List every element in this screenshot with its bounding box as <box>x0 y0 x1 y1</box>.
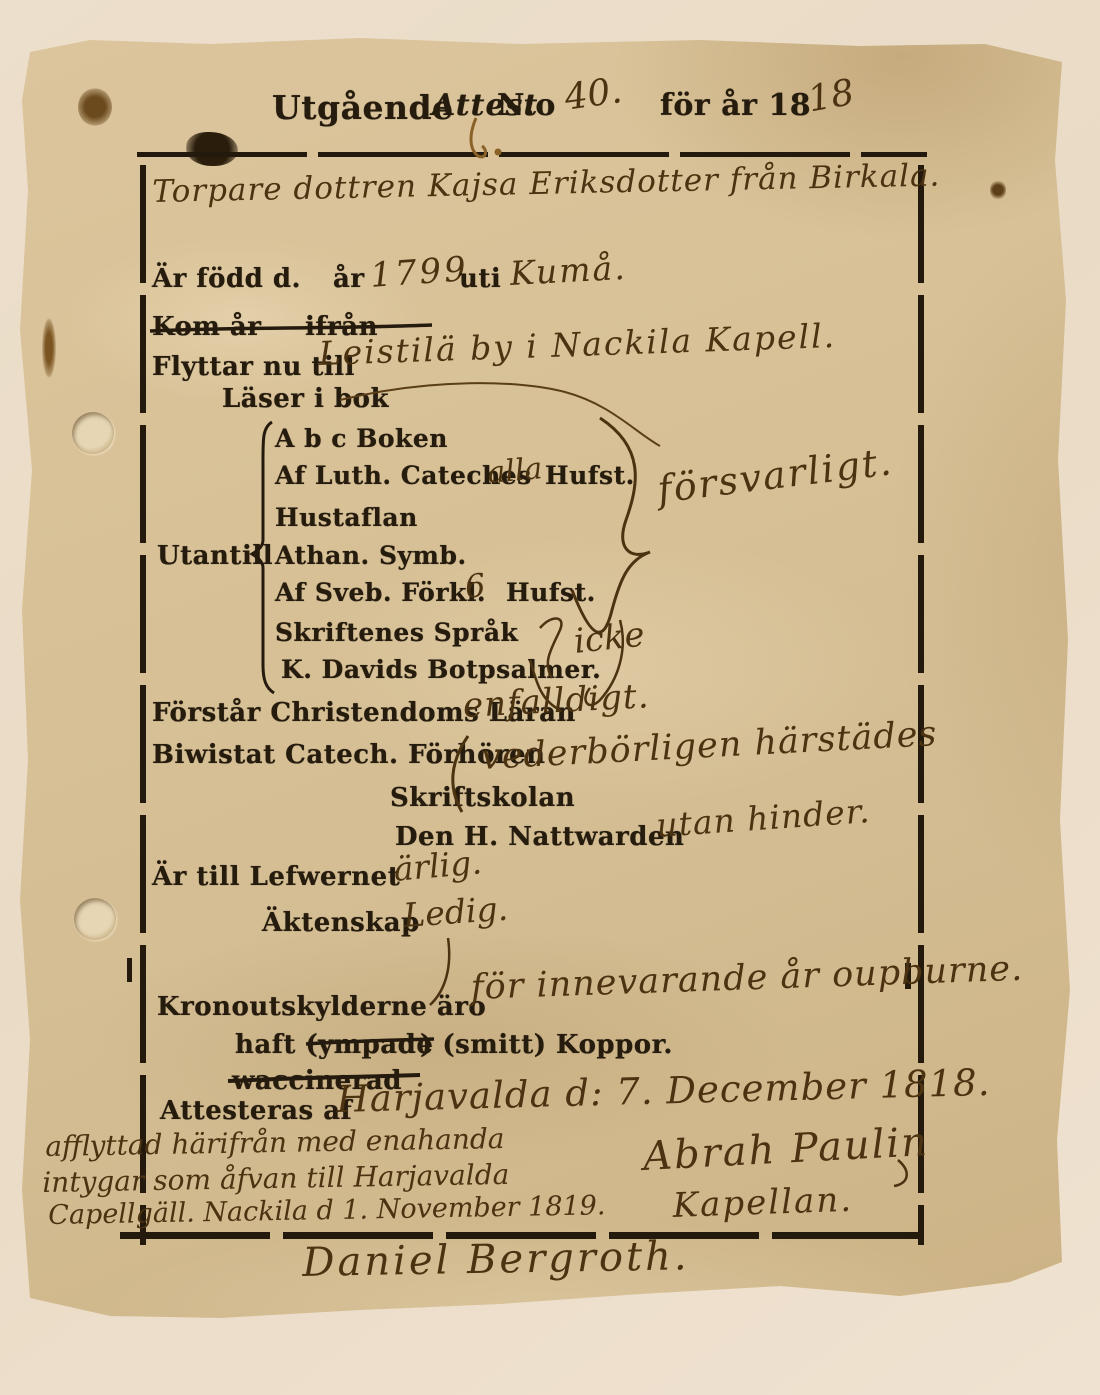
conduct-value-handwritten: ärlig. <box>392 842 483 889</box>
conduct-value2-handwritten: Ledig. <box>402 889 509 935</box>
utantill-item-athan: Athan. Symb. <box>275 541 467 570</box>
pastor-signature: Daniel Bergroth. <box>302 1233 690 1286</box>
utantill-hufst2-label: Hufst. <box>506 578 596 607</box>
born-place-handwritten: Kumå. <box>509 248 628 293</box>
ink-blot <box>186 132 238 166</box>
left-border-rule <box>140 165 146 1245</box>
title-year-handwritten: 18 <box>805 72 857 120</box>
punch-hole-top <box>72 412 114 454</box>
utantill-label: Utantill <box>157 541 273 571</box>
ink-speck <box>42 318 56 378</box>
title-utgaende: Utgående <box>272 88 454 127</box>
taxes-label: Kronoutskylderne äro <box>157 992 486 1022</box>
conduct-aktenskap-label: Äktenskap <box>262 908 420 938</box>
ink-speck <box>78 88 112 126</box>
title-no-label: N:o <box>497 88 556 123</box>
pox-struck-label: ympade <box>318 1030 433 1060</box>
utantill-item-skriftenes: Skriftenes Språk <box>275 618 518 647</box>
utantill-alla-handwritten: alla <box>486 451 544 491</box>
conduct-lefwernet-label: Är till Lefwernet <box>152 862 400 892</box>
born-uti-label: uti <box>459 264 501 294</box>
utantill-item-hustaflan: Hustaflan <box>275 503 418 532</box>
pox-pre-label: haft ( <box>235 1030 318 1060</box>
left-border-tick <box>127 958 132 982</box>
attended-skriftskolan-label: Skriftskolan <box>390 783 575 813</box>
came-kom-ar-label: Kom år <box>152 312 261 342</box>
utantill-item-abc: A b c Boken <box>275 424 448 453</box>
title-for-ar: för år 18 <box>660 88 811 123</box>
top-border-rule <box>137 152 927 157</box>
photograph-of-document: Utgående Attest N:o 40. för år 18 18 Tor… <box>0 0 1100 1395</box>
utantill-hufst1-label: Hufst. <box>545 461 635 490</box>
ink-smudge <box>990 180 1006 200</box>
reads-label: Läser i bok <box>222 384 389 414</box>
utantill-item-botpsalmer: K. Davids Botpsalmer. <box>281 655 601 684</box>
title-number-handwritten: 40. <box>562 70 624 119</box>
born-ar-label: år <box>333 264 365 294</box>
pox-post-label: ) (smitt) Koppor. <box>420 1030 673 1060</box>
born-label: Är född d. <box>152 264 301 294</box>
punch-hole-bottom <box>74 898 116 940</box>
kapellan-title: Kapellan. <box>672 1180 854 1226</box>
utantill-six-handwritten: 6 <box>463 566 487 606</box>
icke-handwritten: icke <box>572 615 646 662</box>
born-year-handwritten: 1799 <box>369 249 470 296</box>
utantill-item-sveb: Af Sveb. Förkl. <box>275 578 486 607</box>
attest-label: Attesteras af <box>160 1096 352 1126</box>
